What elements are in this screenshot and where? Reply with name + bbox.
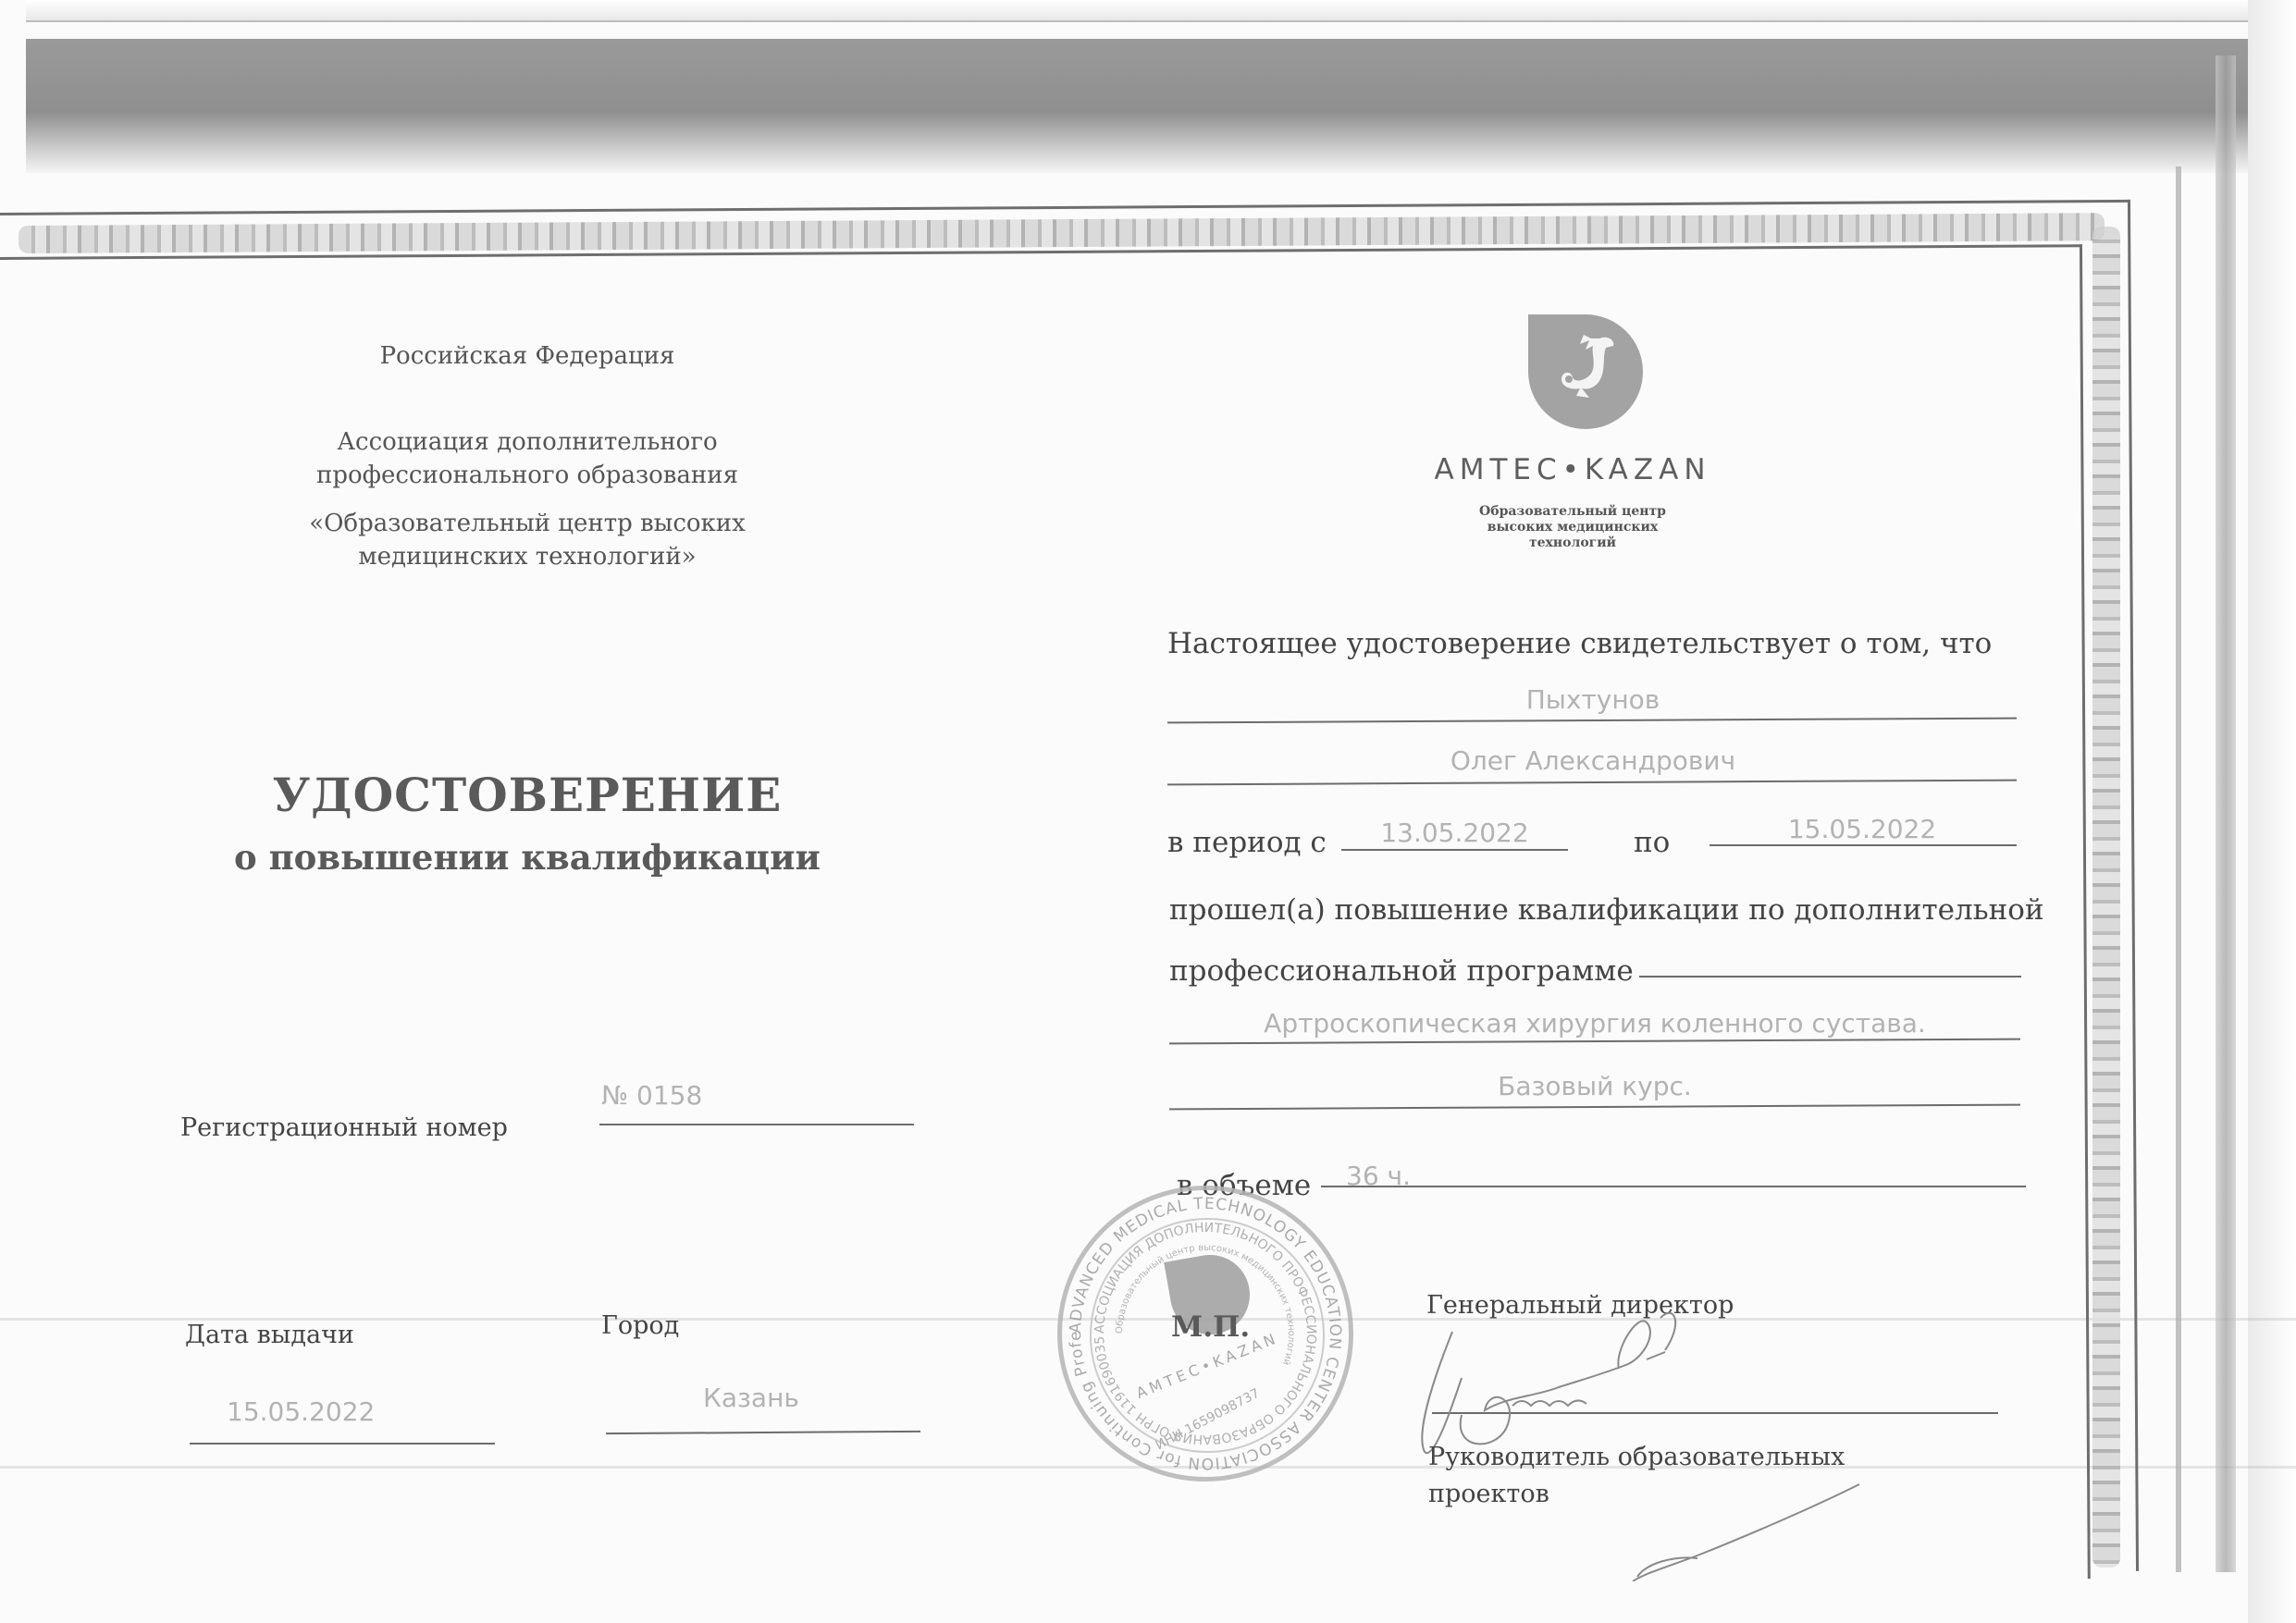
page-edge [2176,166,2181,1572]
official-stamp: ADVANCED MEDICAL TECHNOLOGY EDUCATION CE… [1057,1186,1353,1482]
recipient-given-names: Олег Александрович [1167,745,2018,776]
registration-number: № 0158 [601,1080,702,1111]
page-edge [2216,55,2236,1572]
issue-date-value: 15.05.2022 [227,1396,375,1427]
program-name-line2: Базовый курс. [1169,1071,2020,1101]
head-title-line1: Руководитель образовательных [1428,1443,1845,1471]
program-label-underline [1639,976,2021,977]
period-to-underline [1710,844,2017,846]
org-name-line1: Ассоциация дополнительного [278,425,777,459]
org-name-line3: «Образовательный центр высоких [278,507,777,540]
city-value: Казань [703,1383,799,1413]
statement-intro: Настоящее удостоверение свидетельствует … [1167,627,1992,660]
certificate-subtitle: о повышении квалификации [204,837,851,878]
period-to-value: 15.05.2022 [1710,814,2015,844]
stamp-place-label: М.П. [1171,1310,1250,1344]
issue-date-label: Дата выдачи [185,1321,354,1349]
logo-drop [1528,314,1643,429]
registration-label: Регистрационный номер [180,1113,508,1142]
recipient-surname: Пыхтунов [1167,684,2018,715]
period-to-label: по [1634,826,1670,859]
scan-right-edge [2248,0,2296,1623]
org-name-line2: профессионального образования [278,459,777,492]
country-name: Российская Федерация [305,339,749,373]
period-from-underline [1341,849,1568,851]
scan-top-edge [26,0,2265,22]
head-signature [1610,1480,1869,1581]
passed-line2: профессиональной программе [1169,954,1634,988]
period-from-value: 13.05.2022 [1341,818,1568,848]
period-from-label: в период с [1167,826,1327,859]
brand-subtitle-line1: Образовательный центр [1434,504,1711,520]
dragon-icon [1549,329,1626,412]
issue-date-underline [190,1443,495,1445]
brand-subtitle-line3: технологий [1434,535,1711,551]
passed-line1: прошел(а) повышение квалификации по допо… [1169,893,2044,927]
head-title-line2: проектов [1428,1480,1549,1508]
city-label: Город [601,1311,679,1340]
volume-underline [1321,1186,2026,1187]
scan-shadow-band [26,39,2265,173]
brand-name: AMTEC•KAZAN [1388,453,1758,486]
program-name-line1: Артроскопическая хирургия коленного суст… [1169,1008,2020,1039]
ornament-border-right [2092,227,2120,1568]
org-name-line4: медицинских технологий» [278,540,777,573]
brand-subtitle-line2: высоких медицинских [1434,520,1711,535]
certificate-title: УДОСТОВЕРЕНИЕ [231,768,823,822]
registration-underline [599,1124,914,1125]
